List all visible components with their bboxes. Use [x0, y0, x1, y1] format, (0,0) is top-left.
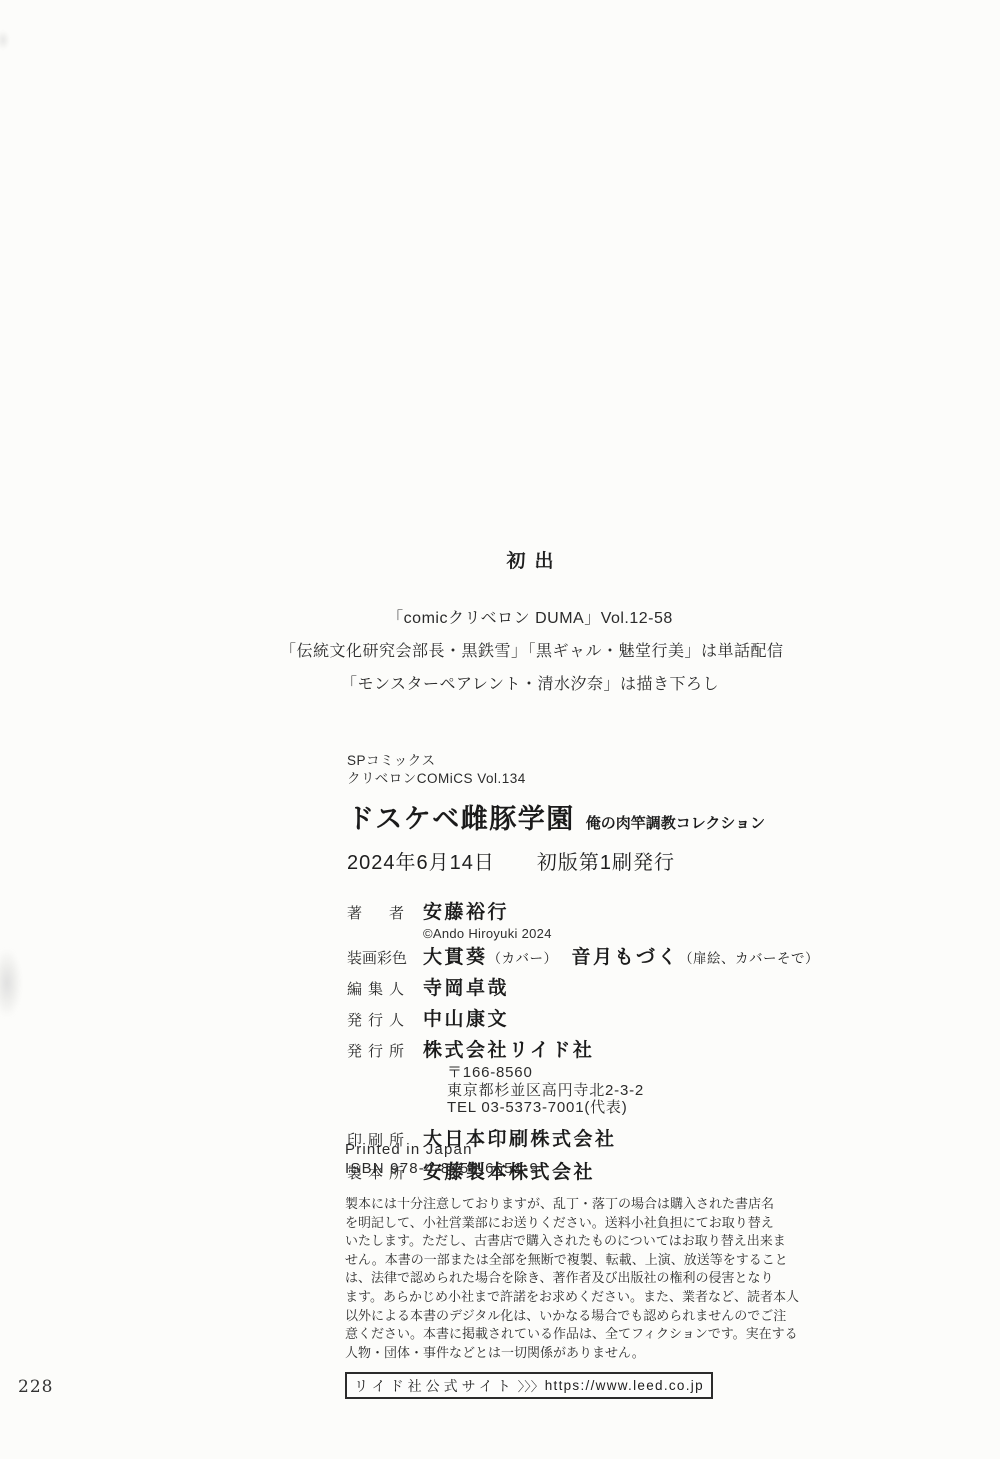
- imprint-section: Printed in Japan ISBN 978-4-8458-6651-9: [345, 1140, 539, 1178]
- scan-smudge-left: [0, 948, 22, 1018]
- disclaimer-line: 以外による本書のデジタル化は、いかなる場合でも認められませんのでご注: [345, 1307, 755, 1326]
- credit-row-art: 装画彩色 大貫葵（カバー）音月もづく（扉絵、カバーそで）: [347, 942, 819, 969]
- credit-label-author: 著者: [347, 902, 404, 923]
- credit-row-author: 著者 安藤裕行: [347, 897, 819, 924]
- first-publication-heading: 初出: [280, 546, 780, 573]
- publisher-address-block: 〒166-8560 東京都杉並区高円寺北2-3-2 TEL 03-5373-70…: [447, 1064, 819, 1117]
- credit-row-publisher: 発行所 株式会社リイド社: [347, 1035, 819, 1062]
- first-publication-line: 「伝統文化研究会部長・黒鉄雪」「黒ギャル・魅堂行美」は単話配信: [280, 635, 780, 668]
- credit-value-author: 安藤裕行: [423, 897, 509, 924]
- frontispiece-artist: 音月もづく: [572, 947, 680, 968]
- credit-label-publisher: 発行所: [347, 1040, 404, 1061]
- cover-artist: 大貫葵: [423, 947, 488, 968]
- legal-disclaimer: 製本には十分注意しておりますが、乱丁・落丁の場合は購入された書店名 を明記して、…: [345, 1195, 755, 1362]
- printed-in-japan: Printed in Japan: [345, 1140, 539, 1159]
- first-publication-line: 「モンスターペアレント・清水汐奈」は描き下ろし: [280, 668, 780, 701]
- page-number: 228: [18, 1377, 53, 1397]
- colophon-page: 初出 「comicクリベロン DUMA」Vol.12-58 「伝統文化研究会部長…: [0, 0, 1000, 1459]
- publisher-phone: TEL 03-5373-7001(代表): [447, 1099, 819, 1117]
- official-site-url: https://www.leed.co.jp: [545, 1378, 704, 1393]
- official-site-box: リイド社公式サイト 〉〉〉 https://www.leed.co.jp: [345, 1372, 713, 1399]
- official-site-label: リイド社公式サイト: [354, 1376, 515, 1396]
- credit-value-editor: 寺岡卓哉: [423, 973, 509, 1000]
- first-publication-line: 「comicクリベロン DUMA」Vol.12-58: [280, 602, 780, 635]
- print-date: 2024年6月14日 初版第1刷発行: [347, 846, 765, 875]
- book-title: ドスケベ雌豚学園: [347, 797, 575, 836]
- credit-label-issuer: 発行人: [347, 1009, 404, 1030]
- disclaimer-line: を明記して、小社営業部にお送りください。送料小社負担にてお取り替え: [345, 1214, 755, 1233]
- scan-smudge-top: [0, 30, 10, 50]
- credit-value-art: 大貫葵（カバー）音月もづく（扉絵、カバーそで）: [423, 942, 819, 969]
- isbn-number: ISBN 978-4-8458-6651-9: [345, 1159, 539, 1178]
- book-subtitle: 俺の肉竿調教コレクション: [586, 812, 765, 833]
- publisher-address: 東京都杉並区高円寺北2-3-2: [447, 1082, 819, 1100]
- credit-label-editor: 編集人: [347, 978, 404, 999]
- disclaimer-line: いたします。ただし、古書店で購入されたものについてはお取り替え出来ま: [345, 1232, 755, 1251]
- series-volume: クリベロンCOMiCS Vol.134: [347, 770, 765, 788]
- disclaimer-line: 意ください。本書に掲載されている作品は、全てフィクションです。実在する: [345, 1325, 755, 1344]
- disclaimer-line: 製本には十分注意しておりますが、乱丁・落丁の場合は購入された書店名: [345, 1195, 755, 1214]
- credit-label-art: 装画彩色: [347, 947, 404, 968]
- first-publication-section: 初出 「comicクリベロン DUMA」Vol.12-58 「伝統文化研究会部長…: [280, 546, 780, 701]
- series-label: SPコミックス: [347, 752, 765, 770]
- title-row: ドスケベ雌豚学園 俺の肉竿調教コレクション: [347, 797, 765, 836]
- disclaimer-line: は、法律で認められた場合を除き、著作者及び出版社の権利の侵害となり: [345, 1269, 755, 1288]
- disclaimer-line: ます。あらかじめ小社まで許諾をお求めください。また、業者など、読者本人: [345, 1288, 755, 1307]
- disclaimer-line: 人物・団体・事件などとは一切関係がありません。: [345, 1344, 755, 1363]
- frontispiece-artist-note: （扉絵、カバーそで）: [679, 951, 819, 966]
- publisher-postal-code: 〒166-8560: [447, 1064, 819, 1082]
- cover-artist-note: （カバー）: [488, 951, 558, 966]
- credit-row-editor: 編集人 寺岡卓哉: [347, 973, 819, 1000]
- credit-row-issuer: 発行人 中山康文: [347, 1004, 819, 1031]
- disclaimer-line: せん。本書の一部または全部を無断で複製、転載、上演、放送等をすること: [345, 1251, 755, 1270]
- edition-block: SPコミックス クリベロンCOMiCS Vol.134 ドスケベ雌豚学園 俺の肉…: [347, 752, 765, 875]
- copyright-notice: ©Ando Hiroyuki 2024: [423, 926, 819, 941]
- credit-value-publisher: 株式会社リイド社: [423, 1035, 594, 1062]
- credit-value-issuer: 中山康文: [423, 1004, 509, 1031]
- chevron-arrows-icon: 〉〉〉: [518, 1376, 544, 1395]
